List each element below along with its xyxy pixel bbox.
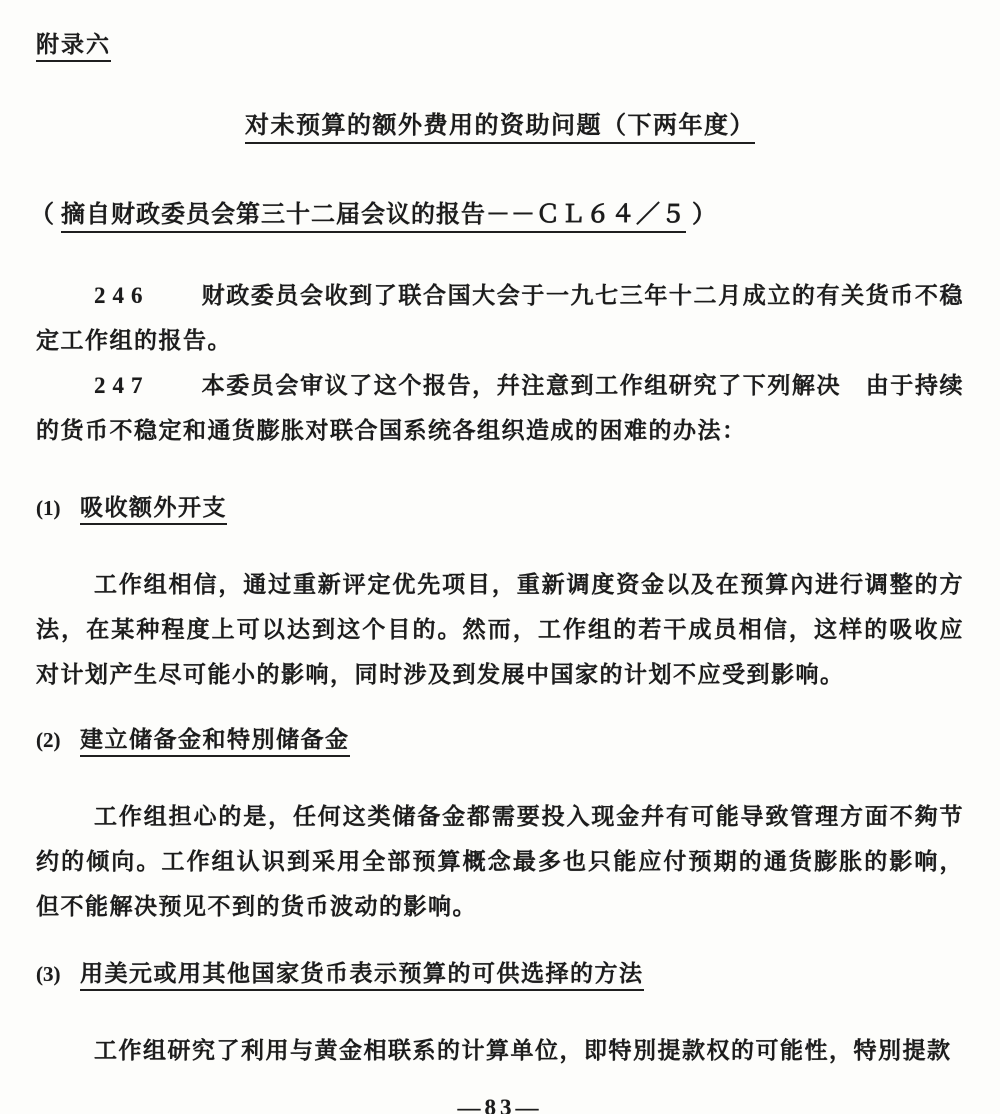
page-number: —83— [36,1095,964,1114]
section-3-body: 工作组研究了利用与黄金相联系的计算单位，即特別提款权的可能性，特別提款 [36,1028,964,1073]
appendix-label-text: 附录六 [36,32,111,62]
paragraph-246-text: 财政委员会收到了联合国大会于一九七三年十二月成立的有关货币不稳定工作组的报告。 [36,283,964,353]
section-2-body: 工作组担心的是，任何这类储备金都需要投入现金幷有可能导致管理方面不夠节约的倾向。… [36,794,964,929]
section-2-heading: 建立储备金和特別储备金 [80,727,350,757]
section-3-heading: 用美元或用其他国家货币表示预算的可供选择的方法 [80,961,644,991]
source-line: （摘自财政委员会第三十二届会议的报告－－ＣＬ６４／５） [24,194,964,229]
document-title: 对未预算的额外费用的资助问题（下两年度） [245,113,755,144]
source-open-paren: （ [24,202,61,228]
source-close-paren: ） [686,202,723,228]
paragraph-247-text: 本委员会审议了这个报告，幷注意到工作组研究了下列解决 由于持续的货币不稳定和通货… [36,373,964,443]
paragraph-247-number: 247 [94,373,150,398]
section-1-body: 工作组相信，通过重新评定优先项目，重新调度资金以及在预算內进行调整的方法，在某种… [36,562,964,697]
paragraph-246: 246财政委员会收到了联合国大会于一九七三年十二月成立的有关货币不稳定工作组的报… [36,273,964,363]
source-underlined-text: 摘自财政委员会第三十二届会议的报告－－ＣＬ６４／５ [61,202,686,233]
section-2-marker: (2) [36,728,80,753]
section-1-heading-row: (1)吸收额外开支 [36,489,964,522]
section-2-heading-row: (2)建立储备金和特別储备金 [36,721,964,754]
appendix-label: 附录六 [36,26,964,59]
scanned-document-page: 附录六 对未预算的额外费用的资助问题（下两年度） （摘自财政委员会第三十二届会议… [0,0,1000,1114]
paragraph-247: 247本委员会审议了这个报告，幷注意到工作组研究了下列解决 由于持续的货币不稳定… [36,363,964,453]
section-3-heading-row: (3)用美元或用其他国家货币表示预算的可供选择的方法 [36,955,964,988]
section-3-marker: (3) [36,962,80,987]
paragraph-246-number: 246 [94,283,150,308]
section-1-heading: 吸收额外开支 [80,495,227,525]
section-1-marker: (1) [36,496,80,521]
document-title-row: 对未预算的额外费用的资助问题（下两年度） [36,105,964,140]
